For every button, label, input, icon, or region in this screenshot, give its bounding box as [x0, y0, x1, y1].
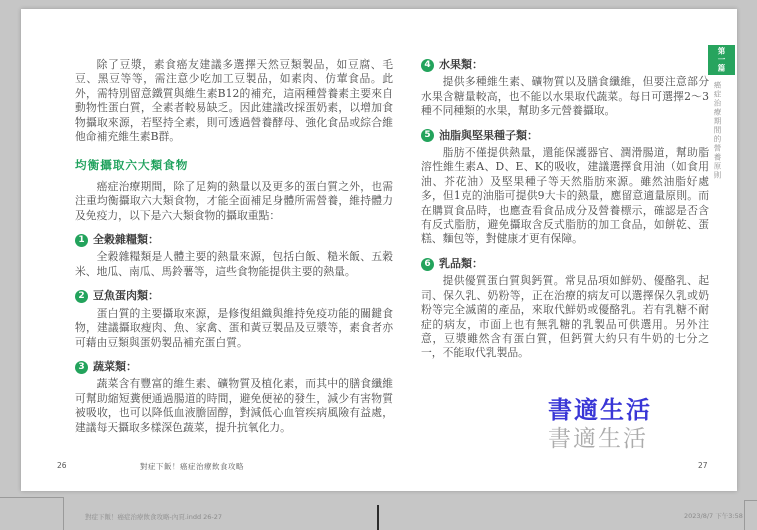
food-group-item-3: 3 蔬菜類： 蔬菜含有豐富的維生素、礦物質及植化素，而其中的膳食纖維可幫助縮短糞… [75, 360, 393, 435]
publisher-watermark-grey: 書適生活 [548, 420, 648, 453]
food-group-item-5: 5 油脂與堅果種子類： 脂肪不僅提供熱量，還能保護器官、潤滑腸道，幫助脂溶性維生… [421, 129, 709, 247]
number-badge-icon: 1 [75, 234, 88, 247]
item-title-row: 6 乳品類： [421, 257, 709, 271]
crop-mark-bottom-left-v [63, 497, 64, 530]
section-heading: 均衡攝取六大類食物 [75, 158, 393, 172]
item-title: 蔬菜類： [93, 360, 137, 374]
number-badge-icon: 3 [75, 361, 88, 374]
food-group-item-1: 1 全穀雜糧類： 全穀雜糧類是人體主要的熱量來源，包括白飯、糙米飯、五穀米、地瓜… [75, 233, 393, 279]
crop-mark-bottom-right-v [744, 500, 745, 530]
food-group-item-2: 2 豆魚蛋肉類： 蛋白質的主要攝取來源，是修復組織與維持免疫功能的關鍵食物，建議… [75, 289, 393, 350]
chapter-part-label: 第一篇 [716, 47, 727, 73]
item-title: 全穀雜糧類： [93, 233, 159, 247]
food-group-item-4: 4 水果類： 提供多種維生素、礦物質以及膳食纖維，但要注意部分水果含糖量較高，也… [421, 58, 709, 119]
item-title: 油脂與堅果種子類： [439, 129, 538, 143]
item-title-row: 5 油脂與堅果種子類： [421, 129, 709, 143]
item-title-row: 1 全穀雜糧類： [75, 233, 393, 247]
intro-paragraph: 除了豆漿，素食癌友建議多選擇天然豆類製品，如豆腐、毛豆、黑豆等等，需注意少吃加工… [75, 58, 393, 144]
running-book-title: 對症下飯！癌症治療飲食攻略 [140, 461, 244, 472]
item-title-row: 4 水果類： [421, 58, 709, 72]
section-intro-paragraph: 癌症治療期間，除了足夠的熱量以及更多的蛋白質之外，也需注重均衡攝取六大類食物，才… [75, 180, 393, 223]
print-timestamp: 2023/8/7 下午3:58 [684, 511, 743, 520]
number-badge-icon: 4 [421, 59, 434, 72]
item-title-row: 3 蔬菜類： [75, 360, 393, 374]
item-body: 蔬菜含有豐富的維生素、礦物質及植化素，而其中的膳食纖維可幫助縮短糞便通過腸道的時… [75, 377, 393, 435]
left-page-text-column: 除了豆漿，素食癌友建議多選擇天然豆類製品，如豆腐、毛豆、黑豆等等，需注意少吃加工… [75, 58, 393, 435]
item-title-row: 2 豆魚蛋肉類： [75, 289, 393, 303]
print-slug-filename: 對症下飯！癌症治療飲食攻略-內頁.indd 26-27 [85, 512, 222, 521]
item-body: 蛋白質的主要攝取來源，是修復組織與維持免疫功能的關鍵食物，建議攝取瘦肉、魚、家禽… [75, 307, 393, 350]
crop-mark-center [377, 505, 379, 530]
chapter-title-vertical: 癌症治療期間的營養原則 [712, 81, 723, 180]
book-spread-screenshot: { "colors":{ "background_grey":"#c6c6c6"… [0, 0, 757, 530]
item-body: 提供優質蛋白質與鈣質。常見品項如鮮奶、優酪乳、起司、保久乳、奶粉等，正在治療的病… [421, 274, 709, 360]
item-title: 豆魚蛋肉類： [93, 289, 159, 303]
crop-mark-bottom-right-h [744, 500, 757, 501]
chapter-tab: 第一篇 [708, 45, 735, 75]
page-number-left: 26 [57, 461, 67, 470]
item-title: 乳品類： [439, 257, 483, 271]
item-body: 全穀雜糧類是人體主要的熱量來源，包括白飯、糙米飯、五穀米、地瓜、南瓜、馬鈴薯等，… [75, 250, 393, 279]
number-badge-icon: 2 [75, 290, 88, 303]
book-spread: 除了豆漿，素食癌友建議多選擇天然豆類製品，如豆腐、毛豆、黑豆等等，需注意少吃加工… [21, 9, 737, 491]
food-group-item-6: 6 乳品類： 提供優質蛋白質與鈣質。常見品項如鮮奶、優酪乳、起司、保久乳、奶粉等… [421, 257, 709, 361]
item-body: 提供多種維生素、礦物質以及膳食纖維，但要注意部分水果含糖量較高，也不能以水果取代… [421, 75, 709, 118]
number-badge-icon: 5 [421, 129, 434, 142]
crop-mark-bottom-left-h [0, 497, 63, 498]
right-page-text-column: 4 水果類： 提供多種維生素、礦物質以及膳食纖維，但要注意部分水果含糖量較高，也… [421, 58, 709, 361]
page-number-right: 27 [698, 461, 708, 470]
number-badge-icon: 6 [421, 258, 434, 271]
item-body: 脂肪不僅提供熱量，還能保護器官、潤滑腸道，幫助脂溶性維生素A、D、E、K的吸收，… [421, 146, 709, 247]
item-title: 水果類： [439, 58, 483, 72]
